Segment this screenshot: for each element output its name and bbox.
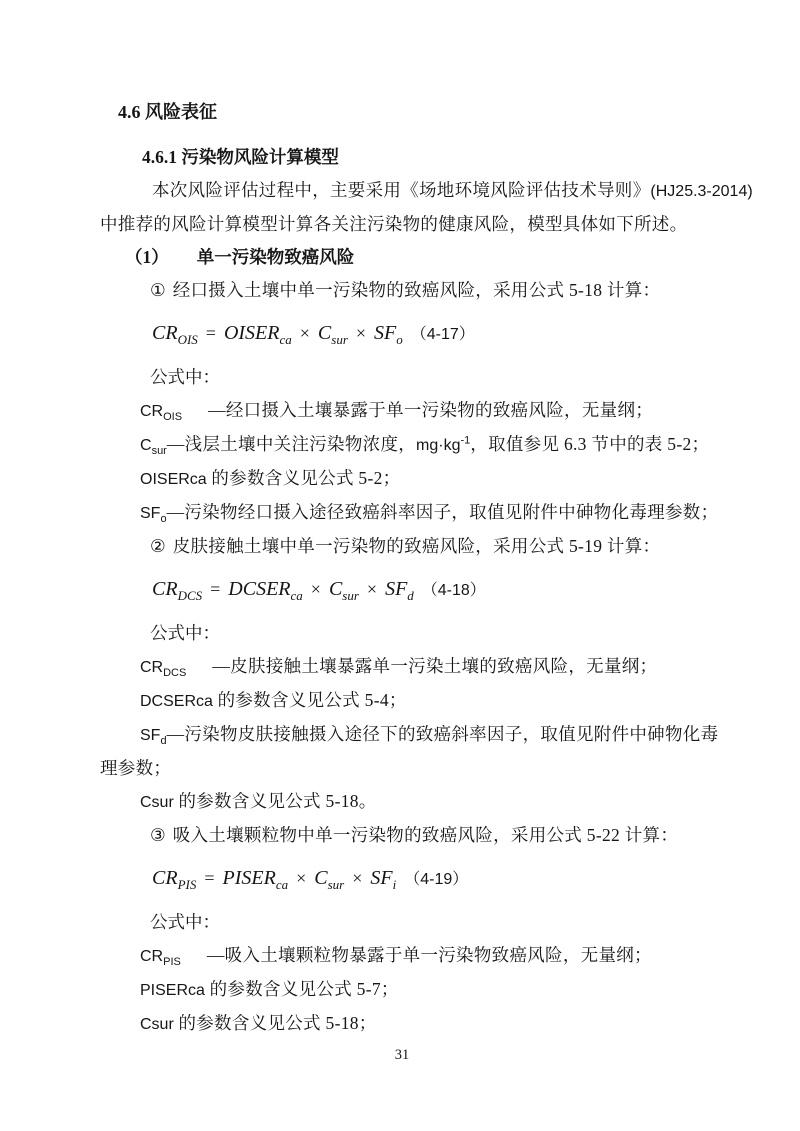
equation-number: （4-19） — [404, 871, 468, 888]
equation-4-18: CRDCS=DCSERca×Csur×SFd（4-18） — [152, 569, 704, 611]
unit-mg-kg: mg·kg-1 — [416, 437, 470, 454]
document-page: 4.6 风险表征 4.6.1 污染物风险计算模型 本次风险评估过程中，主要采用《… — [0, 0, 800, 1131]
symbol-cr-dcs: CRDCS — [140, 659, 186, 676]
circled-number-3: ③ — [150, 825, 166, 845]
symbol-csur: Csur — [140, 1016, 174, 1033]
equation-number: （4-18） — [422, 582, 486, 599]
equation-4-19: CRPIS=PISERca×Csur×SFi（4-19） — [152, 858, 704, 900]
list-heading-text: 单一污染物致癌风险 — [197, 247, 355, 267]
definition-line: PISERca 的参数含义见公式 5-7； — [140, 973, 704, 1007]
intro-text: 本次风险评估过程中，主要采用《场地环境风险评估技术导则》 — [152, 180, 650, 200]
definition-line: OISERca 的参数含义见公式 5-2； — [140, 462, 704, 496]
definition-line: SFd—污染物皮肤接触摄入途径下的致癌斜率因子，取值见附件中砷物化毒 — [140, 718, 704, 752]
page-number: 31 — [100, 1047, 704, 1064]
symbol-c-sur: Csur — [140, 437, 167, 454]
formula-lhs: CRPIS — [152, 867, 196, 889]
formula-lhs: CRDCS — [152, 578, 202, 600]
symbol-cr-pis: CRPIS — [140, 948, 181, 965]
equation-number: （4-17） — [411, 326, 475, 343]
section-heading-4-6: 4.6 风险表征 — [118, 96, 704, 129]
circled-number-2: ② — [150, 536, 166, 556]
item-3-intro: ③吸入土壤颗粒物中单一污染物的致癌风险，采用公式 5-22 计算： — [150, 819, 704, 852]
circled-number-1: ① — [150, 280, 166, 300]
item-2-intro: ②皮肤接触土壤中单一污染物的致癌风险，采用公式 5-19 计算： — [150, 530, 704, 563]
definition-line: CROIS—经口摄入土壤暴露于单一污染物的致癌风险，无量纲； — [140, 394, 704, 428]
definition-continuation-line: 理参数； — [100, 752, 704, 785]
standard-code: (HJ25.3-2014) — [650, 183, 752, 200]
where-label: 公式中： — [150, 906, 704, 939]
item-1-intro: ①经口摄入土壤中单一污染物的致癌风险，采用公式 5-18 计算： — [150, 274, 704, 307]
symbol-csur: Csur — [140, 794, 174, 811]
where-label: 公式中： — [150, 361, 704, 394]
definition-line: CRDCS—皮肤接触土壤暴露单一污染土壤的致癌风险，无量纲； — [140, 650, 704, 684]
equation-4-17: CROIS=OISERca×Csur×SFo（4-17） — [152, 313, 704, 355]
where-label: 公式中： — [150, 617, 704, 650]
symbol-piserca: PISERca — [140, 982, 205, 999]
list-heading-1: （1）单一污染物致癌风险 — [125, 241, 704, 274]
list-heading-number: （1） — [125, 247, 169, 267]
symbol-cr-ois: CROIS — [140, 403, 182, 420]
definition-line: CRPIS—吸入土壤颗粒物暴露于单一污染物致癌风险，无量纲； — [140, 939, 704, 973]
intro-paragraph-line-2: 中推荐的风险计算模型计算各关注污染物的健康风险，模型具体如下所述。 — [100, 208, 704, 241]
definition-line: SFo—污染物经口摄入途径致癌斜率因子，取值见附件中砷物化毒理参数； — [140, 496, 704, 530]
definition-line: Csur 的参数含义见公式 5-18。 — [140, 785, 704, 819]
subsection-heading-4-6-1: 4.6.1 污染物风险计算模型 — [142, 141, 704, 174]
symbol-dcserca: DCSERca — [140, 693, 213, 710]
symbol-sf-d: SFd — [140, 727, 167, 744]
definition-line: Csur—浅层土壤中关注污染物浓度，mg·kg-1，取值参见 6.3 节中的表 … — [140, 428, 704, 462]
intro-paragraph-line-1: 本次风险评估过程中，主要采用《场地环境风险评估技术导则》(HJ25.3-2014… — [152, 174, 704, 208]
symbol-sf-o: SFo — [140, 505, 167, 522]
definition-line: Csur 的参数含义见公式 5-18； — [140, 1007, 704, 1041]
definition-line: DCSERca 的参数含义见公式 5-4； — [140, 684, 704, 718]
symbol-oiserca: OISERca — [140, 471, 207, 488]
formula-lhs: CROIS — [152, 322, 198, 344]
